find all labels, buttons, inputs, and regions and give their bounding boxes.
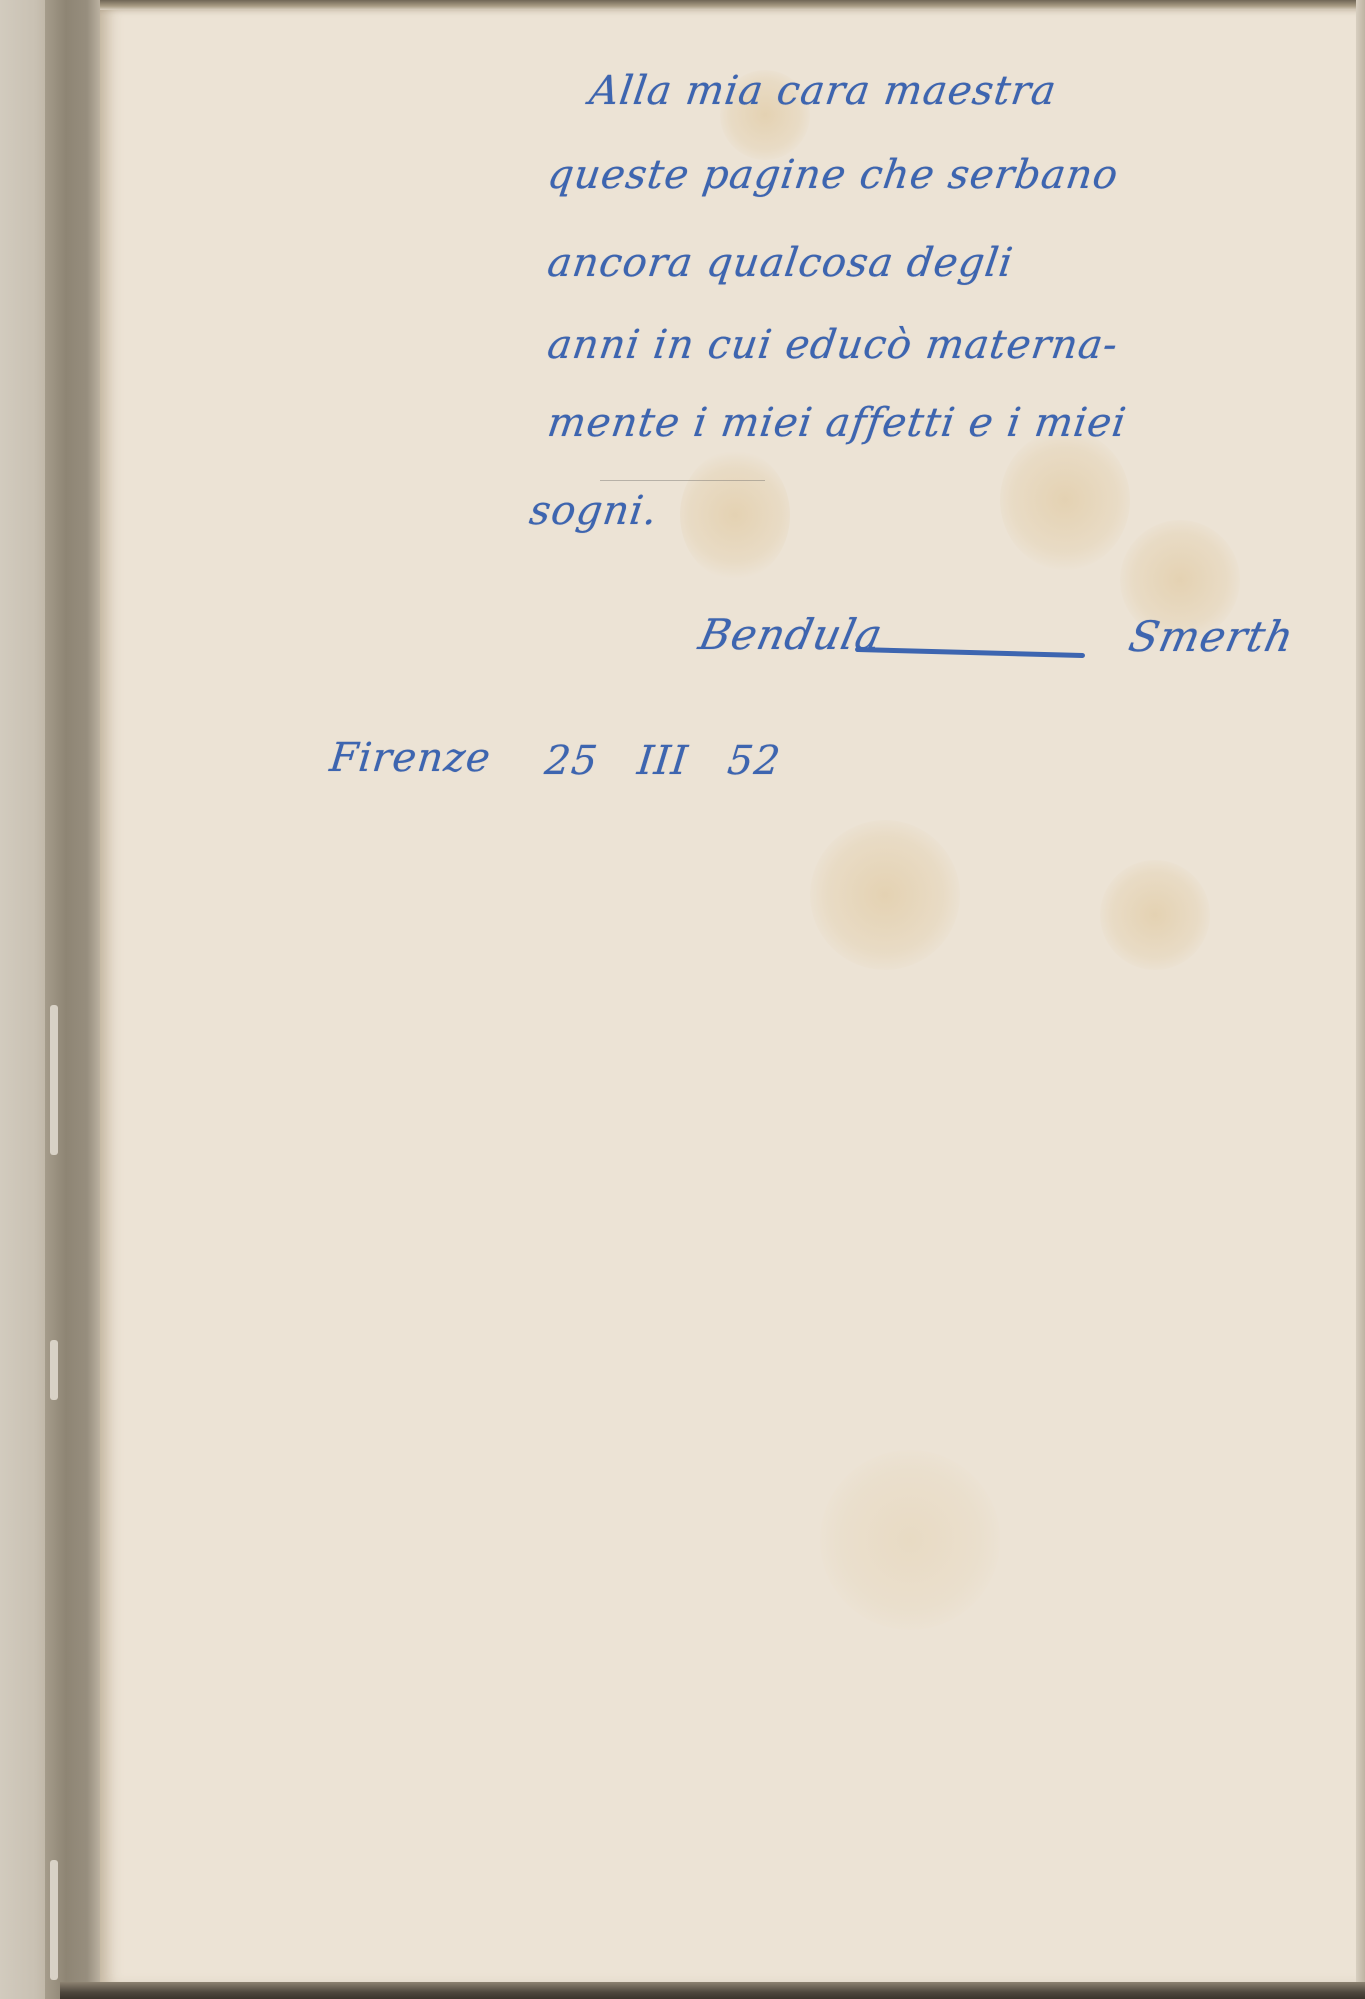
- dedication-line-6: sogni.: [527, 488, 661, 534]
- book-gutter: [45, 0, 105, 1999]
- book-page: [100, 8, 1358, 1983]
- signature-last-name: Smerth: [1125, 612, 1299, 661]
- dedication-line-4: anni in cui educò materna-: [545, 322, 1121, 368]
- dedication-line-1: Alla mia cara maestra: [587, 68, 1060, 114]
- dedication-line-3: ancora qualcosa degli: [545, 240, 1016, 286]
- dedication-line-5: mente i miei affetti e i miei: [545, 400, 1130, 446]
- page-right-edge: [1356, 0, 1365, 1999]
- foxing-stain: [810, 820, 960, 970]
- foxing-stain: [1100, 860, 1210, 970]
- place-text: Firenze: [328, 735, 494, 781]
- dedication-line-2: queste pagine che serbano: [545, 152, 1122, 198]
- foxing-stain: [680, 450, 790, 580]
- foxing-stain: [820, 1450, 1000, 1630]
- page-bottom-edge: [60, 1982, 1365, 1999]
- page-top-edge: [100, 0, 1365, 10]
- pencil-mark: [600, 480, 765, 481]
- book-cover-edge: [0, 0, 50, 1999]
- foxing-stain: [1000, 430, 1130, 570]
- spine-tear: [50, 1860, 58, 1980]
- spine-tear: [50, 1005, 58, 1155]
- spine-tear: [50, 1340, 58, 1400]
- date-text: 25 III 52: [543, 738, 783, 784]
